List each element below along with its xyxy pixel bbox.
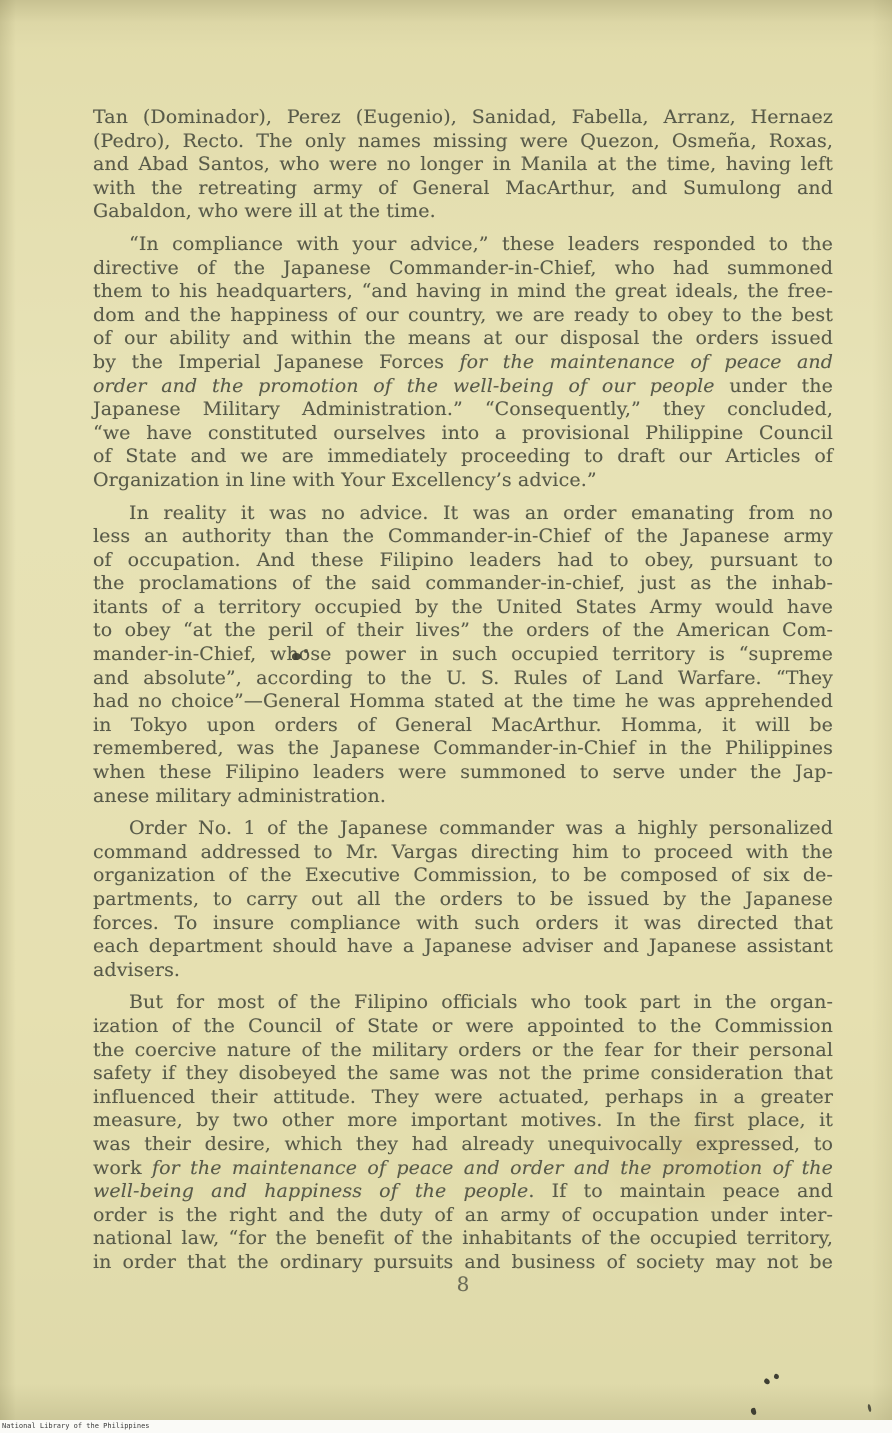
text-segment: command addressed to Mr. Vargas directin…: [93, 841, 833, 863]
text-segment: by the Imperial Japanese Forces: [93, 351, 460, 373]
text-segment: Japanese Military Administration.” “Cons…: [93, 398, 833, 420]
italic-text: for the maintenance of peace and: [460, 351, 834, 373]
text-line: remembered, was the Japanese Commander-i…: [93, 737, 833, 761]
text-segment: anese military administration.: [93, 785, 386, 807]
text-line: Gabaldon, who were ill at the time.: [93, 200, 833, 224]
ink-speck: [867, 1404, 872, 1412]
text-segment: under the: [715, 375, 833, 397]
text-segment: was their desire, which they had already…: [93, 1133, 833, 1155]
text-line: (Pedro), Recto. The only names missing w…: [93, 130, 833, 154]
text-segment: had no choice”—General Homma stated at t…: [93, 690, 833, 712]
text-segment: “we have constituted ourselves into a pr…: [93, 422, 833, 444]
page-number: 8: [93, 1272, 833, 1296]
text-segment: order is the right and the duty of an ar…: [93, 1204, 833, 1226]
ink-speck: [763, 1378, 771, 1386]
text-line: Order No. 1 of the Japanese commander wa…: [93, 817, 833, 841]
text-segment: when these Filipino leaders were summone…: [93, 761, 833, 783]
italic-text: order and the promotion of the well-bein…: [93, 375, 715, 397]
text-segment: directive of the Japanese Commander-in-C…: [93, 257, 833, 279]
library-watermark: National Library of the Philippines: [2, 1422, 150, 1431]
text-line: “In compliance with your advice,” these …: [93, 233, 833, 257]
text-line: when these Filipino leaders were summone…: [93, 761, 833, 785]
text-segment: and absolute”, according to the U. S. Ru…: [93, 667, 833, 689]
text-segment: itants of a territory occupied by the Un…: [93, 596, 833, 618]
text-line: itants of a territory occupied by the Un…: [93, 596, 833, 620]
text-line: in order that the ordinary pursuits and …: [93, 1251, 833, 1275]
text-segment: work: [93, 1157, 152, 1179]
text-segment: the coercive nature of the military orde…: [93, 1039, 833, 1061]
text-line: well-being and happiness of the people. …: [93, 1180, 833, 1204]
text-line: was their desire, which they had already…: [93, 1133, 833, 1157]
text-line: of State and we are immediately proceedi…: [93, 445, 833, 469]
text-line: “we have constituted ourselves into a pr…: [93, 422, 833, 446]
text-line: partments, to carry out all the orders t…: [93, 888, 833, 912]
text-line: to obey “at the peril of their lives” th…: [93, 619, 833, 643]
text-segment: Tan (Dominador), Perez (Eugenio), Sanida…: [93, 106, 833, 128]
text-segment: mander-in-Chief, whose power in such occ…: [93, 643, 833, 665]
paragraph: Order No. 1 of the Japanese commander wa…: [93, 817, 833, 982]
text-segment: (Pedro), Recto. The only names missing w…: [93, 130, 833, 152]
text-segment: organization of the Executive Commission…: [93, 864, 833, 886]
paragraph: In reality it was no advice. It was an o…: [93, 502, 833, 809]
paragraph: Tan (Dominador), Perez (Eugenio), Sanida…: [93, 106, 833, 224]
text-line: of our ability and within the means at o…: [93, 327, 833, 351]
text-line: command addressed to Mr. Vargas directin…: [93, 841, 833, 865]
text-line: advisers.: [93, 959, 833, 983]
text-segment: remembered, was the Japanese Commander-i…: [93, 737, 833, 759]
text-line: order is the right and the duty of an ar…: [93, 1204, 833, 1228]
text-line: with the retreating army of General MacA…: [93, 177, 833, 201]
text-line: organization of the Executive Commission…: [93, 864, 833, 888]
text-segment: safety if they disobeyed the same was no…: [93, 1062, 833, 1084]
text-segment: each department should have a Japanese a…: [93, 935, 833, 957]
text-line: Organization in line with Your Excellenc…: [93, 469, 833, 493]
italic-text: for the maintenance of peace and order a…: [152, 1157, 833, 1179]
text-segment: “In compliance with your advice,” these …: [129, 233, 833, 255]
text-line: by the Imperial Japanese Forces for the …: [93, 351, 833, 375]
text-segment: to obey “at the peril of their lives” th…: [93, 619, 833, 641]
text-segment: partments, to carry out all the orders t…: [93, 888, 833, 910]
scan-footer: National Library of the Philippines: [0, 1420, 892, 1433]
italic-text: well-being and happiness of the people: [93, 1180, 528, 1202]
text-line: each department should have a Japanese a…: [93, 935, 833, 959]
text-line: In reality it was no advice. It was an o…: [93, 502, 833, 526]
text-line: forces. To insure compliance with such o…: [93, 912, 833, 936]
text-segment: advisers.: [93, 959, 180, 981]
text-segment: them to his headquarters, “and having in…: [93, 280, 833, 302]
text-segment: less an authority than the Commander-in-…: [93, 525, 833, 547]
ink-speck: [773, 1373, 779, 1379]
text-line: ization of the Council of State or were …: [93, 1015, 833, 1039]
text-segment: forces. To insure compliance with such o…: [93, 912, 833, 934]
text-segment: the proclamations of the said commander-…: [93, 572, 833, 594]
text-line: anese military administration.: [93, 785, 833, 809]
ink-speck: [750, 1407, 757, 1415]
text-line: safety if they disobeyed the same was no…: [93, 1062, 833, 1086]
text-segment: of occupation. And these Filipino leader…: [93, 549, 833, 571]
text-line: in Tokyo upon orders of General MacArthu…: [93, 714, 833, 738]
text-line: national law, “for the benefit of the in…: [93, 1227, 833, 1251]
text-line: dom and the happiness of our country, we…: [93, 304, 833, 328]
text-line: Japanese Military Administration.” “Cons…: [93, 398, 833, 422]
text-segment: of State and we are immediately proceedi…: [93, 445, 833, 467]
ink-blot: [292, 653, 301, 660]
text-segment: Gabaldon, who were ill at the time.: [93, 200, 436, 222]
text-segment: . If to maintain peace and: [528, 1180, 833, 1202]
text-line: had no choice”—General Homma stated at t…: [93, 690, 833, 714]
text-line: Tan (Dominador), Perez (Eugenio), Sanida…: [93, 106, 833, 130]
paragraph: But for most of the Filipino officials w…: [93, 991, 833, 1274]
text-line: and Abad Santos, who were no longer in M…: [93, 153, 833, 177]
paragraph: “In compliance with your advice,” these …: [93, 233, 833, 493]
text-segment: in Tokyo upon orders of General MacArthu…: [93, 714, 833, 736]
text-line: mander-in-Chief, whose power in such occ…: [93, 643, 833, 667]
text-line: less an authority than the Commander-in-…: [93, 525, 833, 549]
text-segment: dom and the happiness of our country, we…: [93, 304, 833, 326]
text-line: them to his headquarters, “and having in…: [93, 280, 833, 304]
text-segment: Organization in line with Your Excellenc…: [93, 469, 597, 491]
text-line: and absolute”, according to the U. S. Ru…: [93, 667, 833, 691]
text-segment: influenced their attitude. They were act…: [93, 1086, 833, 1108]
text-line: work for the maintenance of peace and or…: [93, 1157, 833, 1181]
text-segment: and Abad Santos, who were no longer in M…: [93, 153, 833, 175]
text-segment: ization of the Council of State or were …: [93, 1015, 833, 1037]
text-segment: Order No. 1 of the Japanese commander wa…: [129, 817, 833, 839]
page-text: Tan (Dominador), Perez (Eugenio), Sanida…: [93, 106, 833, 1275]
book-page: Tan (Dominador), Perez (Eugenio), Sanida…: [0, 0, 892, 1420]
text-line: measure, by two other more important mot…: [93, 1109, 833, 1133]
ink-speck: [304, 649, 308, 653]
text-line: of occupation. And these Filipino leader…: [93, 549, 833, 573]
text-segment: national law, “for the benefit of the in…: [93, 1227, 833, 1249]
text-line: influenced their attitude. They were act…: [93, 1086, 833, 1110]
text-line: the coercive nature of the military orde…: [93, 1039, 833, 1063]
text-segment: of our ability and within the means at o…: [93, 327, 833, 349]
text-segment: with the retreating army of General MacA…: [93, 177, 833, 199]
text-segment: But for most of the Filipino officials w…: [129, 991, 833, 1013]
text-segment: In reality it was no advice. It was an o…: [129, 502, 833, 524]
text-segment: measure, by two other more important mot…: [93, 1109, 833, 1131]
text-line: But for most of the Filipino officials w…: [93, 991, 833, 1015]
text-segment: in order that the ordinary pursuits and …: [93, 1251, 833, 1273]
text-line: the proclamations of the said commander-…: [93, 572, 833, 596]
text-line: directive of the Japanese Commander-in-C…: [93, 257, 833, 281]
text-line: order and the promotion of the well-bein…: [93, 375, 833, 399]
